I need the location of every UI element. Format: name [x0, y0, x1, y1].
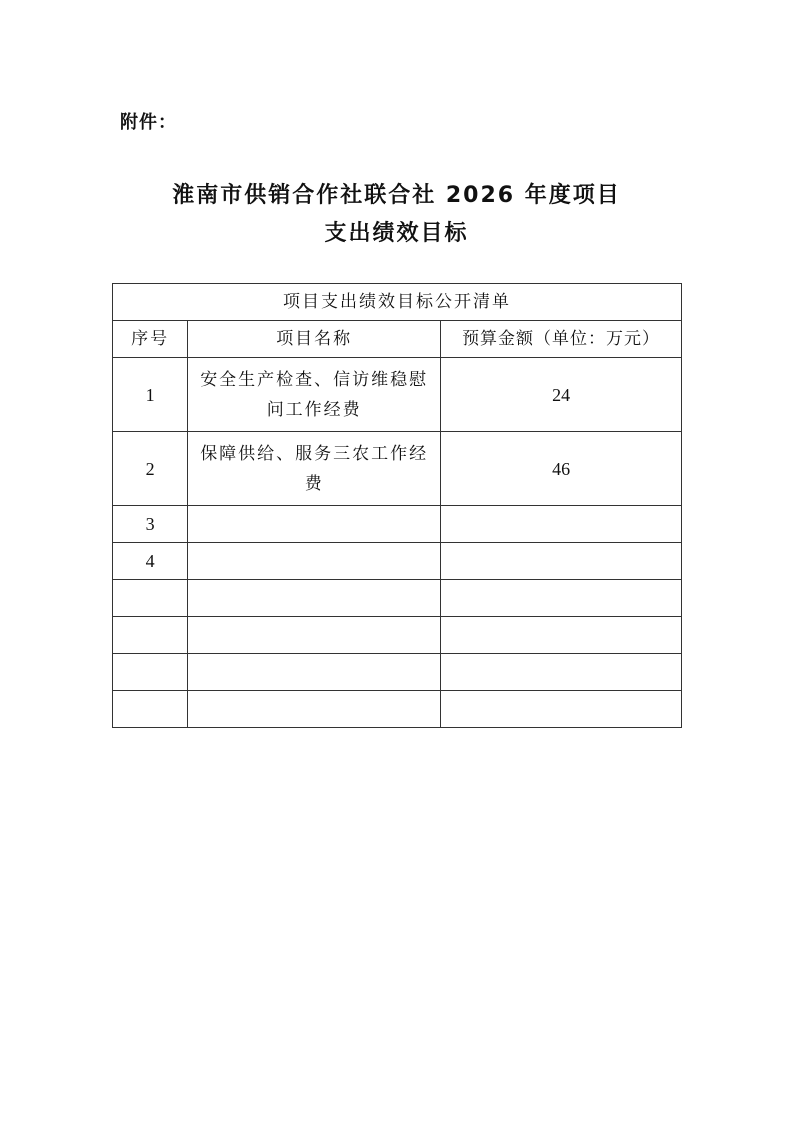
attachment-label: 附件：	[120, 108, 177, 134]
cell-name-text: 保障供给、服务三农工作经费	[200, 444, 428, 494]
cell-no: 4	[113, 543, 188, 580]
cell-name	[188, 580, 441, 617]
table-row: 4	[113, 543, 682, 580]
cell-amount: 24	[441, 358, 682, 432]
performance-target-table: 项目支出绩效目标公开清单 序号 项目名称 预算金额（单位：万元） 1 安全生产检…	[112, 283, 682, 728]
cell-no	[113, 691, 188, 728]
table-row	[113, 691, 682, 728]
cell-amount	[441, 580, 682, 617]
cell-no	[113, 580, 188, 617]
table-header-row: 序号 项目名称 预算金额（单位：万元）	[113, 321, 682, 358]
cell-amount	[441, 506, 682, 543]
cell-name	[188, 617, 441, 654]
cell-amount	[441, 543, 682, 580]
cell-name-text: 安全生产检查、信访维稳慰问工作经费	[200, 370, 428, 420]
header-name: 项目名称	[188, 321, 441, 358]
cell-name	[188, 506, 441, 543]
cell-name: 保障供给、服务三农工作经费	[188, 432, 441, 506]
header-no: 序号	[113, 321, 188, 358]
cell-no: 3	[113, 506, 188, 543]
cell-name: 安全生产检查、信访维稳慰问工作经费	[188, 358, 441, 432]
table-row	[113, 654, 682, 691]
cell-amount	[441, 691, 682, 728]
table-row	[113, 580, 682, 617]
cell-amount	[441, 617, 682, 654]
cell-no	[113, 617, 188, 654]
table-caption: 项目支出绩效目标公开清单	[113, 284, 682, 321]
table-row: 1 安全生产检查、信访维稳慰问工作经费 24	[113, 358, 682, 432]
table-row: 3	[113, 506, 682, 543]
table-caption-row: 项目支出绩效目标公开清单	[113, 284, 682, 321]
cell-no: 1	[113, 358, 188, 432]
table-row: 2 保障供给、服务三农工作经费 46	[113, 432, 682, 506]
document-title-line2: 支出绩效目标	[0, 216, 793, 247]
cell-amount	[441, 654, 682, 691]
cell-name	[188, 691, 441, 728]
document-title-line1: 淮南市供销合作社联合社 2026 年度项目	[0, 178, 793, 209]
cell-name	[188, 654, 441, 691]
table-row	[113, 617, 682, 654]
cell-no: 2	[113, 432, 188, 506]
cell-amount: 46	[441, 432, 682, 506]
cell-no	[113, 654, 188, 691]
cell-name	[188, 543, 441, 580]
header-amount: 预算金额（单位：万元）	[441, 321, 682, 358]
